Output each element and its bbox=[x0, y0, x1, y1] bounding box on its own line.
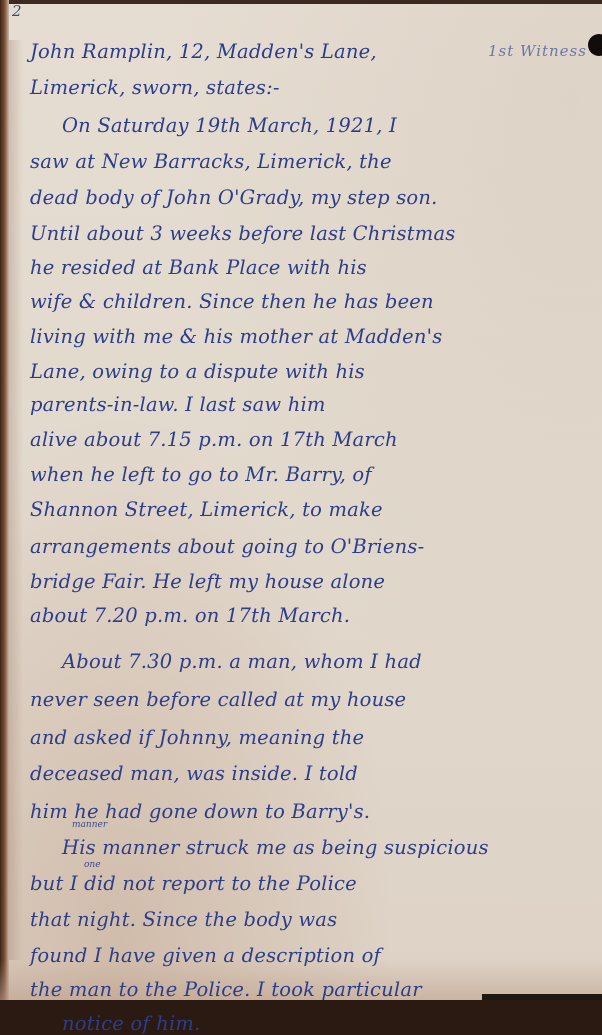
statement-line: parents-in-law. I last saw him bbox=[30, 393, 326, 416]
statement-line: His manner struck me as being suspicious bbox=[62, 836, 489, 859]
statement-line: he resided at Bank Place with his bbox=[30, 256, 367, 279]
statement-line: dead body of John O'Grady, my step son. bbox=[30, 186, 438, 209]
statement-line: and asked if Johnny, meaning the bbox=[30, 726, 364, 749]
statement-line: Shannon Street, Limerick, to make bbox=[30, 498, 383, 521]
statement-line: About 7.30 p.m. a man, whom I had bbox=[62, 650, 422, 673]
statement-line: about 7.20 p.m. on 17th March. bbox=[30, 604, 350, 627]
page-binding-edge bbox=[0, 0, 9, 1000]
page-number: 2 bbox=[12, 2, 22, 20]
statement-line: alive about 7.15 p.m. on 17th March bbox=[30, 428, 398, 451]
statement-line: the man to the Police. I took particular bbox=[30, 978, 422, 1000]
statement-line: but I did not report to the Police bbox=[30, 872, 357, 895]
statement-line: when he left to go to Mr. Barry, of bbox=[30, 463, 372, 486]
statement-line: On Saturday 19th March, 1921, I bbox=[62, 114, 397, 137]
document-page: 2 1st Witness John Ramplin, 12, Madden's… bbox=[0, 0, 602, 1000]
statement-line: deceased man, was inside. I told bbox=[30, 762, 358, 785]
margin-note-witness: 1st Witness bbox=[488, 42, 587, 60]
page-fold-shadow bbox=[9, 40, 23, 960]
statement-line: arrangements about going to O'Briens- bbox=[30, 535, 424, 558]
statement-line: Limerick, sworn, states:- bbox=[30, 76, 280, 99]
statement-line: living with me & his mother at Madden's bbox=[30, 325, 442, 348]
statement-line: saw at New Barracks, Limerick, the bbox=[30, 150, 392, 173]
statement-line: never seen before called at my house bbox=[30, 688, 406, 711]
page-top-edge bbox=[0, 0, 602, 4]
statement-line: Until about 3 weeks before last Christma… bbox=[30, 222, 456, 245]
interlinear-insertion: one bbox=[84, 860, 101, 870]
statement-line: found I have given a description of bbox=[30, 944, 381, 967]
punch-hole bbox=[588, 34, 602, 56]
page-bottom-edge bbox=[482, 994, 602, 1000]
statement-line: that night. Since the body was bbox=[30, 908, 337, 931]
interlinear-insertion: manner bbox=[72, 820, 107, 830]
statement-line: Lane, owing to a dispute with his bbox=[30, 360, 365, 383]
statement-line: bridge Fair. He left my house alone bbox=[30, 570, 385, 593]
statement-line: John Ramplin, 12, Madden's Lane, bbox=[30, 40, 377, 63]
statement-line: wife & children. Since then he has been bbox=[30, 290, 434, 313]
